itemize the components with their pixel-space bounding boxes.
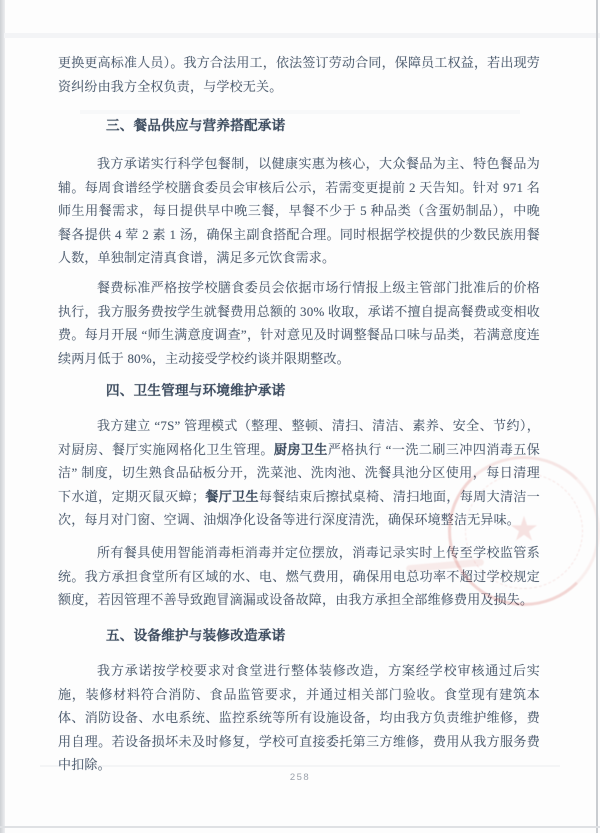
paragraph-meal-plan: 我方承诺实行科学包餐制，以健康实惠为核心，大众餐品为主、特色餐品为辅。每周食谱经… [58,152,540,270]
scan-bottom-edge-line [0,826,600,828]
section-heading-hygiene: 四、卫生管理与环境维护承诺 [58,379,540,403]
bold-term-kitchen-hygiene: 厨房卫生 [274,442,328,457]
page-number: 258 [0,772,600,783]
section-heading-equipment: 五、设备维护与装修改造承诺 [58,624,540,648]
scan-streak-artifact [4,33,600,38]
paragraph-hygiene-management: 我方建立 “7S” 管理模式（整理、整顿、清扫、清洁、素养、安全、节约），对厨房… [58,414,540,532]
scan-left-edge-shadow [0,0,5,833]
scanned-document-page: 更换更高标准人员）。我方合法用工，依法签订劳动合同，保障员工权益，若出现劳资纠纷… [0,0,600,833]
paragraph-meal-pricing: 餐费标准严格按学校膳食委员会依据市场行情报上级主管部门批准后的价格执行，我方服务… [58,276,540,370]
paragraph-disinfection-utilities: 所有餐具使用智能消毒柜消毒并定位摆放，消毒记录实时上传至学校监管系统。我方承担食… [58,541,540,612]
section-heading-food-supply: 三、餐品供应与营养搭配承诺 [58,114,540,138]
paragraph-renovation-maintenance: 我方承诺按学校要求对食堂进行整体装修改造，方案经学校审核通过后实施，装修材料符合… [58,659,540,777]
paragraph-continuation: 更换更高标准人员）。我方合法用工，依法签订劳动合同，保障员工权益，若出现劳资纠纷… [58,51,540,98]
scan-right-edge-line [596,0,598,833]
bold-term-dining-hall-hygiene: 餐厅卫生 [205,489,259,504]
